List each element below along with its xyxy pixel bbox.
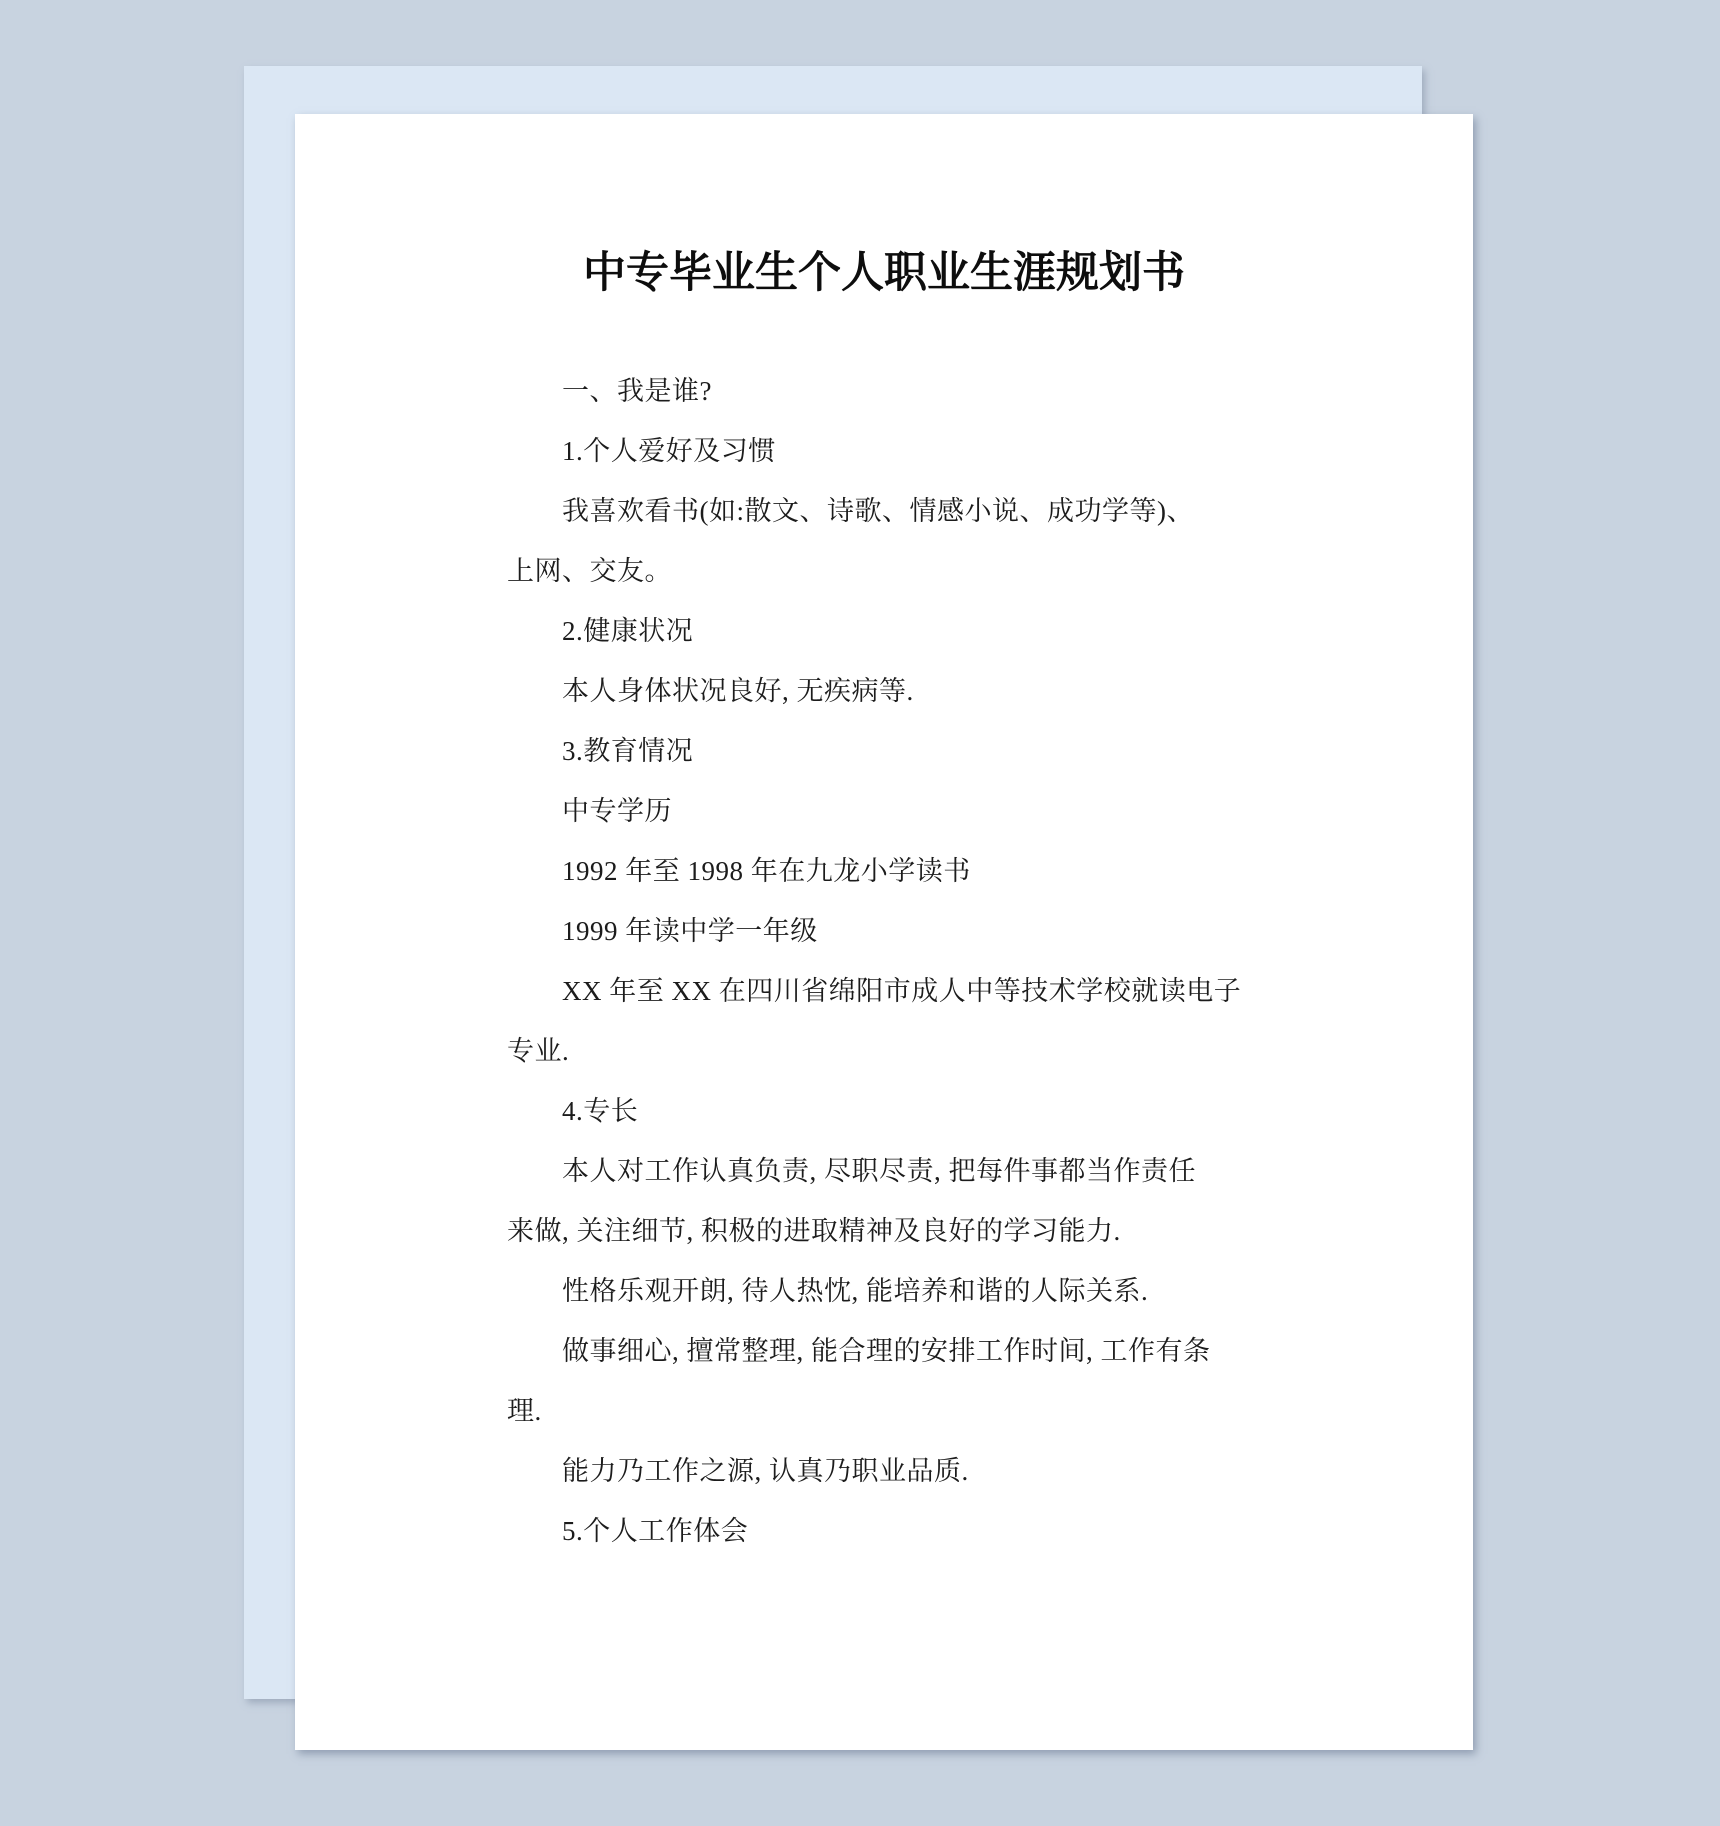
document-line: 我喜欢看书(如:散文、诗歌、情感小说、成功学等)、 (507, 481, 1261, 541)
document-line: 专业. (507, 1021, 1261, 1081)
document-line: 1999 年读中学一年级 (507, 901, 1261, 961)
document-line: 一、我是谁? (507, 361, 1261, 421)
document-line: 中专学历 (507, 781, 1261, 841)
document-line: 5.个人工作体会 (507, 1501, 1261, 1561)
document-line: XX 年至 XX 在四川省绵阳市成人中等技术学校就读电子 (507, 961, 1261, 1021)
document-line: 2.健康状况 (507, 601, 1261, 661)
document-line: 能力乃工作之源, 认真乃职业品质. (507, 1441, 1261, 1501)
document-page: 中专毕业生个人职业生涯规划书 一、我是谁?1.个人爱好及习惯我喜欢看书(如:散文… (295, 114, 1473, 1750)
document-line: 1992 年至 1998 年在九龙小学读书 (507, 841, 1261, 901)
document-line: 本人对工作认真负责, 尽职尽责, 把每件事都当作责任 (507, 1141, 1261, 1201)
document-line: 1.个人爱好及习惯 (507, 421, 1261, 481)
document-body: 一、我是谁?1.个人爱好及习惯我喜欢看书(如:散文、诗歌、情感小说、成功学等)、… (507, 361, 1261, 1561)
document-preview: 中专毕业生个人职业生涯规划书 一、我是谁?1.个人爱好及习惯我喜欢看书(如:散文… (0, 0, 1720, 1826)
document-line: 做事细心, 擅常整理, 能合理的安排工作时间, 工作有条 (507, 1321, 1261, 1381)
document-line: 3.教育情况 (507, 721, 1261, 781)
document-title: 中专毕业生个人职业生涯规划书 (295, 249, 1473, 299)
document-line: 上网、交友。 (507, 541, 1261, 601)
document-line: 理. (507, 1381, 1261, 1441)
document-line: 来做, 关注细节, 积极的进取精神及良好的学习能力. (507, 1201, 1261, 1261)
document-line: 性格乐观开朗, 待人热忱, 能培养和谐的人际关系. (507, 1261, 1261, 1321)
document-line: 4.专长 (507, 1081, 1261, 1141)
document-line: 本人身体状况良好, 无疾病等. (507, 661, 1261, 721)
